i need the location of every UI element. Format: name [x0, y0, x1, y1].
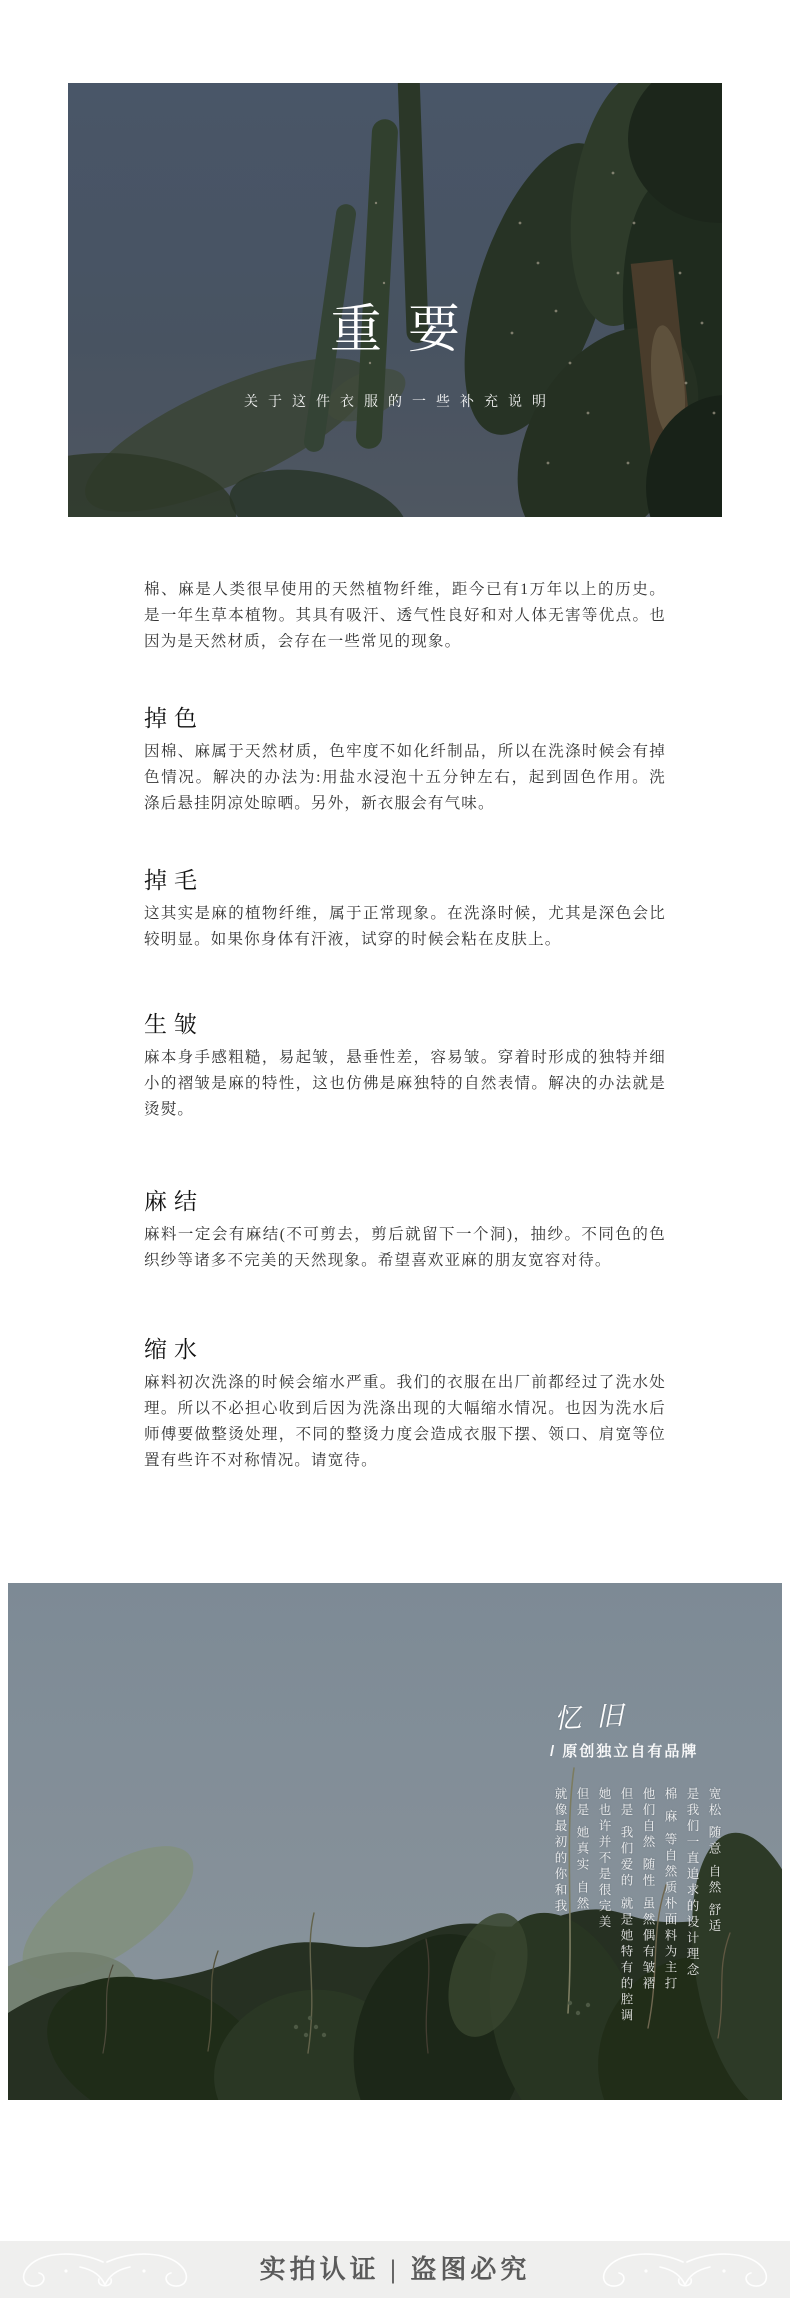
hero-cactus-illustration [68, 83, 722, 517]
section-heading: 生皱 [144, 1009, 666, 1041]
section-body: 因棉、麻属于天然材质，色牢度不如化纤制品，所以在洗涤时候会有掉色情况。解决的办法… [144, 739, 666, 817]
section-body: 麻本身手感粗糙，易起皱，悬垂性差，容易皱。穿着时形成的独特并细小的褶皱是麻的特性… [144, 1045, 666, 1123]
section-fading: 掉色 因棉、麻属于天然材质，色牢度不如化纤制品，所以在洗涤时候会有掉色情况。解决… [144, 703, 666, 817]
vertical-line: 就像最初的你和我 [554, 1787, 567, 2039]
section-shrinkage: 缩水 麻料初次洗涤的时候会缩水严重。我们的衣服在出厂前都经过了洗水处理。所以不必… [144, 1334, 666, 1474]
vertical-line: 但是 我们爱的 就是她特有的腔调 [620, 1787, 633, 2039]
vertical-line: 但是 她真实 自然 [576, 1787, 589, 2039]
hero-subtitle: 关于这件衣服的一些补充说明 [68, 391, 722, 411]
section-body: 这其实是麻的植物纤维，属于正常现象。在洗涤时候，尤其是深色会比较明显。如果你身体… [144, 901, 666, 953]
section-heading: 麻结 [144, 1186, 666, 1218]
vertical-line: 宽松 随意 自然 舒适 [708, 1787, 721, 2039]
section-shedding: 掉毛 这其实是麻的植物纤维，属于正常现象。在洗涤时候，尤其是深色会比较明显。如果… [144, 865, 666, 953]
product-detail-page: 重要 关于这件衣服的一些补充说明 棉、麻是人类很早使用的天然植物纤维，距今已有1… [0, 0, 790, 2298]
vertical-line: 她也许并不是很完美 [598, 1787, 611, 2039]
hero-image: 重要 关于这件衣服的一些补充说明 [68, 83, 722, 517]
hero-title: 重要 [68, 301, 722, 361]
brand-tagline: / 原创独立自有品牌 [550, 1740, 698, 1761]
brand-logo: 忆旧 [553, 1693, 639, 1736]
section-heading: 缩水 [144, 1334, 666, 1366]
vertical-line: 是我们一直追求的设计理念 [686, 1787, 699, 2039]
footer-bar: 实拍认证 | 盗图必究 [0, 2241, 790, 2298]
footer-certification-text: 实拍认证 | 盗图必究 [0, 2241, 790, 2298]
section-body: 麻料初次洗涤的时候会缩水严重。我们的衣服在出厂前都经过了洗水处理。所以不必担心收… [144, 1370, 666, 1474]
bottom-image: 忆旧 / 原创独立自有品牌 宽松 随意 自然 舒适 是我们一直追求的设计理念 棉… [8, 1583, 782, 2100]
brand-vertical-text: 宽松 随意 自然 舒适 是我们一直追求的设计理念 棉 麻 等自然质朴面料为主打 … [544, 1787, 720, 2039]
section-slubs: 麻结 麻料一定会有麻结(不可剪去，剪后就留下一个洞)，抽纱。不同色的色织纱等诸多… [144, 1186, 666, 1274]
section-wrinkling: 生皱 麻本身手感粗糙，易起皱，悬垂性差，容易皱。穿着时形成的独特并细小的褶皱是麻… [144, 1009, 666, 1123]
section-heading: 掉色 [144, 703, 666, 735]
section-heading: 掉毛 [144, 865, 666, 897]
vertical-line: 他们自然 随性 虽然偶有皱褶 [642, 1787, 655, 2039]
vertical-line: 棉 麻 等自然质朴面料为主打 [664, 1787, 677, 2039]
section-body: 麻料一定会有麻结(不可剪去，剪后就留下一个洞)，抽纱。不同色的色织纱等诸多不完美… [144, 1222, 666, 1274]
intro-paragraph: 棉、麻是人类很早使用的天然植物纤维，距今已有1万年以上的历史。是一年生草本植物。… [144, 577, 666, 655]
